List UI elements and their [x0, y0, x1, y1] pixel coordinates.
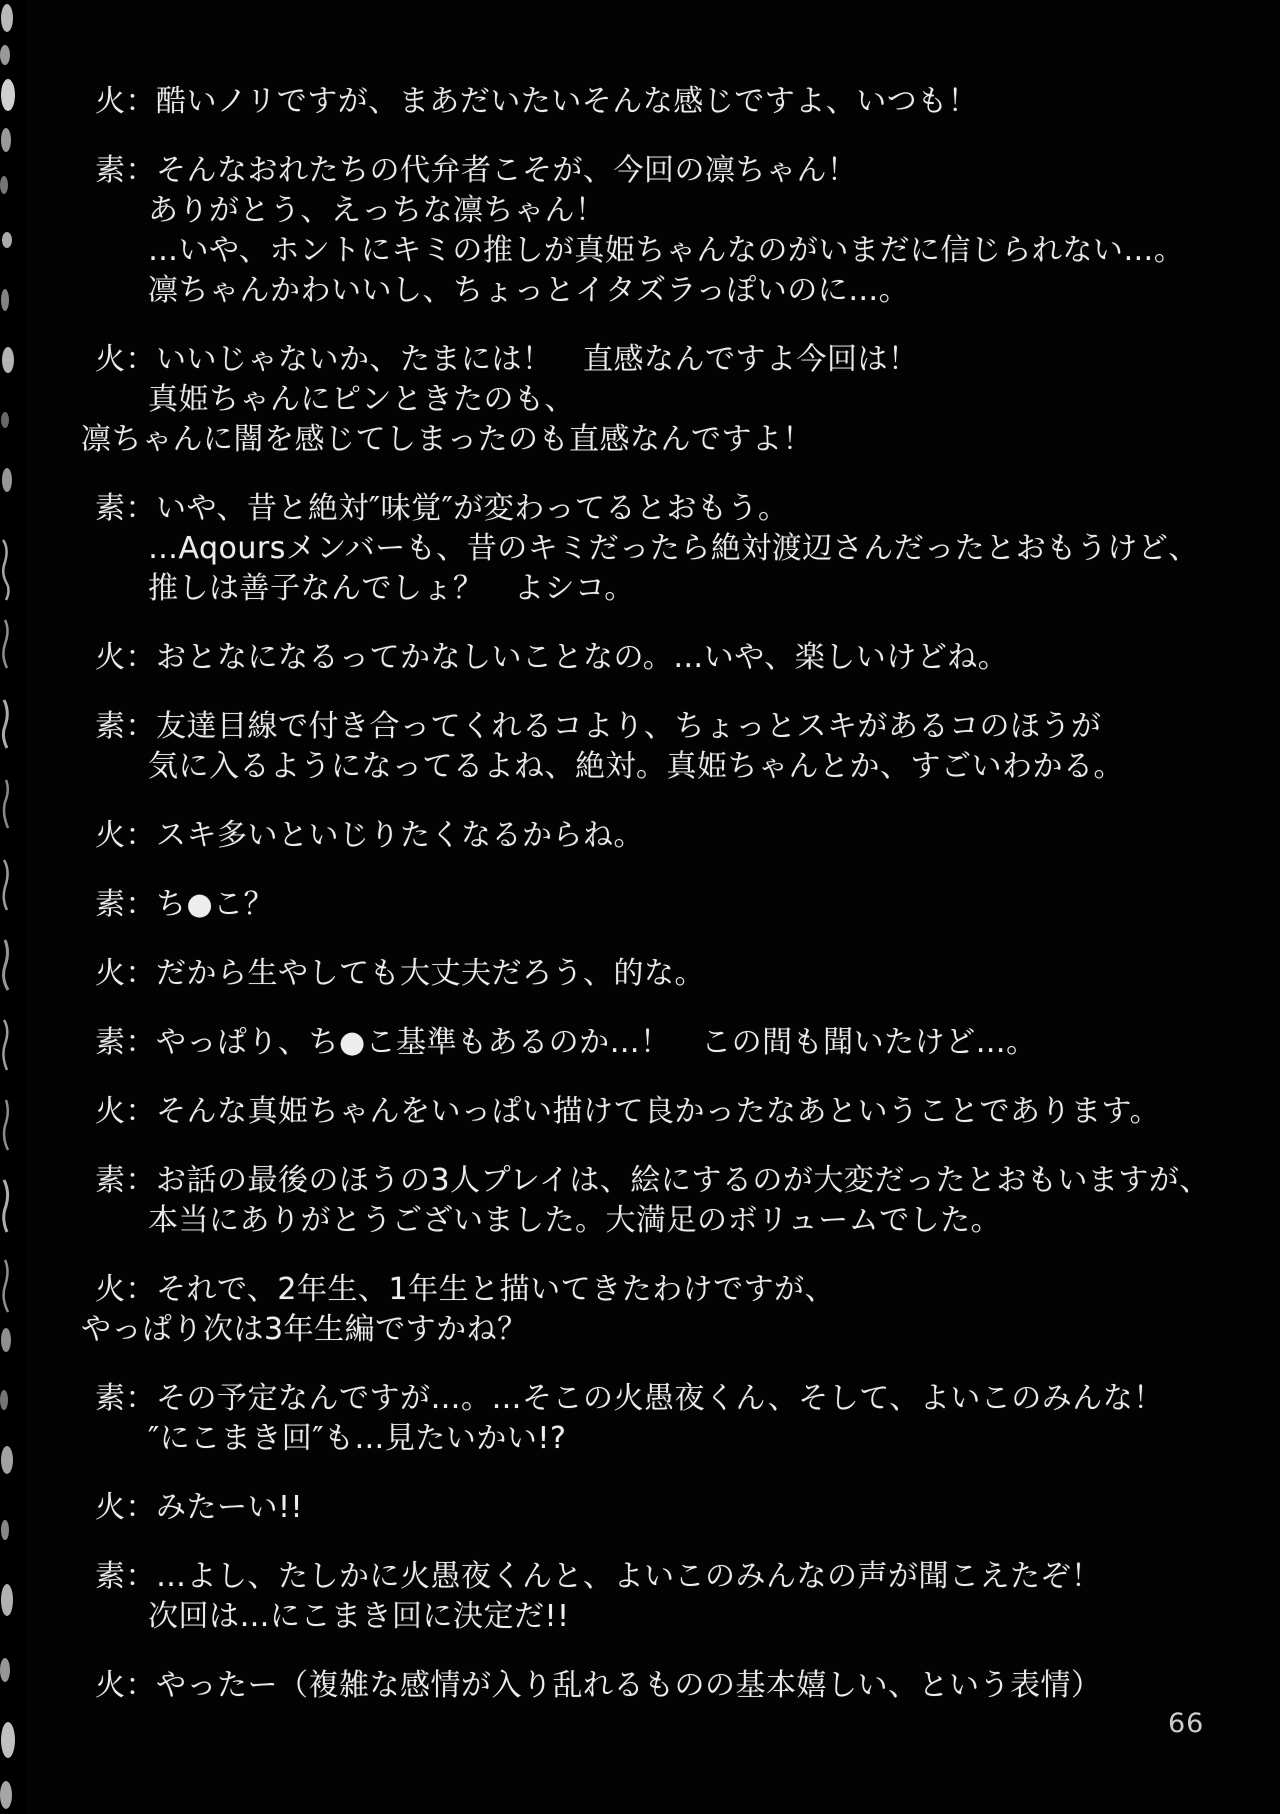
dialogue-paragraph: 火：そんな真姫ちゃんをいっぱい描けて良かったなあということであります。	[95, 1092, 1245, 1132]
dialogue-paragraph: 火：それで、2年生、1年生と描いてきたわけですが、やっぱり次は3年生編ですかね？	[95, 1270, 1245, 1350]
dialogue-line: 素：お話の最後のほうの3人プレイは、絵にするのが大変だったとおもいますが、	[95, 1161, 1245, 1201]
dialogue-paragraph: 火：おとなになるってかなしいことなの。…いや、楽しいけどね。	[95, 638, 1245, 678]
dialogue-paragraph: 火：いいじゃないか、たまには！ 直感なんですよ今回は！真姫ちゃんにピンときたのも…	[95, 340, 1245, 460]
speaker-label: 火：	[95, 1490, 156, 1525]
dialogue-line: …いや、ホントにキミの推しが真姫ちゃんなのがいまだに信じられない…。	[95, 231, 1245, 271]
speaker-label: 素：	[95, 709, 156, 744]
speaker-label: 素：	[95, 153, 156, 188]
speaker-label: 火：	[95, 342, 156, 377]
speaker-label: 火：	[95, 84, 156, 119]
dialogue-paragraph: 素：その予定なんですが…。…そこの火愚夜くん、そして、よいこのみんな！″にこまき…	[95, 1379, 1245, 1459]
dialogue-line: 気に入るようになってるよね、絶対。真姫ちゃんとか、すごいわかる。	[95, 747, 1245, 787]
dialogue-line: 素：その予定なんですが…。…そこの火愚夜くん、そして、よいこのみんな！	[95, 1379, 1245, 1419]
speaker-label: 火：	[95, 640, 156, 675]
dialogue-line: 火：それで、2年生、1年生と描いてきたわけですが、	[95, 1270, 1245, 1310]
dialogue-paragraph: 素：ち●こ？	[95, 885, 1245, 925]
dialogue-line: 火：やったー（複雑な感情が入り乱れるものの基本嬉しい、という表情）	[95, 1666, 1245, 1706]
speaker-label: 素：	[95, 887, 156, 922]
dialogue-line: 火：だから生やしても大丈夫だろう、的な。	[95, 954, 1245, 994]
dialogue-line: ″にこまき回″も…見たいかい!?	[95, 1419, 1245, 1459]
speaker-label: 素：	[95, 1025, 156, 1060]
dialogue-line: 素：やっぱり、ち●こ基準もあるのか…！ この間も聞いたけど…。	[95, 1023, 1245, 1063]
speaker-label: 素：	[95, 491, 156, 526]
dialogue-line: 素：友達目線で付き合ってくれるコより、ちょっとスキがあるコのほうが	[95, 707, 1245, 747]
dialogue-line: 真姫ちゃんにピンときたのも、	[95, 380, 1245, 420]
dialogue-line: やっぱり次は3年生編ですかね？	[81, 1310, 1245, 1350]
dialogue-line: …Aqoursメンバーも、昔のキミだったら絶対渡辺さんだったとおもうけど、	[95, 529, 1245, 569]
dialogue-line: ありがとう、えっちな凛ちゃん！	[95, 191, 1245, 231]
dialogue-paragraph: 素：いや、昔と絶対″味覚″が変わってるとおもう。…Aqoursメンバーも、昔のキ…	[95, 489, 1245, 609]
dialogue-paragraph: 火：やったー（複雑な感情が入り乱れるものの基本嬉しい、という表情）	[95, 1666, 1245, 1706]
dialogue-paragraph: 素：お話の最後のほうの3人プレイは、絵にするのが大変だったとおもいますが、本当に…	[95, 1161, 1245, 1241]
speaker-label: 素：	[95, 1381, 156, 1416]
speaker-label: 火：	[95, 1094, 156, 1129]
dialogue-line: 本当にありがとうございました。大満足のボリュームでした。	[95, 1201, 1245, 1241]
dialogue-paragraph: 火：みたーい!!	[95, 1488, 1245, 1528]
dialogue-line: 火：スキ多いといじりたくなるからね。	[95, 816, 1245, 856]
dialogue-paragraph: 素：…よし、たしかに火愚夜くんと、よいこのみんなの声が聞こえたぞ！次回は…にこま…	[95, 1557, 1245, 1637]
dialogue-line: 素：ち●こ？	[95, 885, 1245, 925]
speaker-label: 素：	[95, 1559, 156, 1594]
dialogue-line: 火：そんな真姫ちゃんをいっぱい描けて良かったなあということであります。	[95, 1092, 1245, 1132]
dialogue-line: 推しは善子なんでしょ？ よシコ。	[95, 569, 1245, 609]
dialogue-line: 凛ちゃんかわいいし、ちょっとイタズラっぽいのに…。	[95, 271, 1245, 311]
dialogue-paragraph: 火：スキ多いといじりたくなるからね。	[95, 816, 1245, 856]
dialogue-line: 火：みたーい!!	[95, 1488, 1245, 1528]
dialogue-line: 次回は…にこまき回に決定だ!!	[95, 1597, 1245, 1637]
dialogue-line: 素：…よし、たしかに火愚夜くんと、よいこのみんなの声が聞こえたぞ！	[95, 1557, 1245, 1597]
dialogue-paragraph: 素：友達目線で付き合ってくれるコより、ちょっとスキがあるコのほうが気に入るように…	[95, 707, 1245, 787]
dialogue-line: 火：いいじゃないか、たまには！ 直感なんですよ今回は！	[95, 340, 1245, 380]
speaker-label: 素：	[95, 1163, 156, 1198]
dialogue-line: 凛ちゃんに闇を感じてしまったのも直感なんですよ！	[81, 420, 1245, 460]
dialogue-paragraph: 素：やっぱり、ち●こ基準もあるのか…！ この間も聞いたけど…。	[95, 1023, 1245, 1063]
speaker-label: 火：	[95, 956, 156, 991]
dialogue-transcript: 火：酷いノリですが、まあだいたいそんな感じですよ、いつも！素：そんなおれたちの代…	[95, 82, 1245, 1735]
dialogue-line: 火：おとなになるってかなしいことなの。…いや、楽しいけどね。	[95, 638, 1245, 678]
speaker-label: 火：	[95, 1272, 156, 1307]
dialogue-line: 素：そんなおれたちの代弁者こそが、今回の凛ちゃん！	[95, 151, 1245, 191]
dialogue-line: 火：酷いノリですが、まあだいたいそんな感じですよ、いつも！	[95, 82, 1245, 122]
page-edge-texture	[0, 0, 26, 1814]
dialogue-paragraph: 火：だから生やしても大丈夫だろう、的な。	[95, 954, 1245, 994]
dialogue-line: 素：いや、昔と絶対″味覚″が変わってるとおもう。	[95, 489, 1245, 529]
speaker-label: 火：	[95, 1668, 156, 1703]
dialogue-paragraph: 素：そんなおれたちの代弁者こそが、今回の凛ちゃん！ありがとう、えっちな凛ちゃん！…	[95, 151, 1245, 311]
page-number: 66	[1168, 1708, 1204, 1740]
speaker-label: 火：	[95, 818, 156, 853]
dialogue-paragraph: 火：酷いノリですが、まあだいたいそんな感じですよ、いつも！	[95, 82, 1245, 122]
scanned-page: 火：酷いノリですが、まあだいたいそんな感じですよ、いつも！素：そんなおれたちの代…	[0, 0, 1280, 1814]
